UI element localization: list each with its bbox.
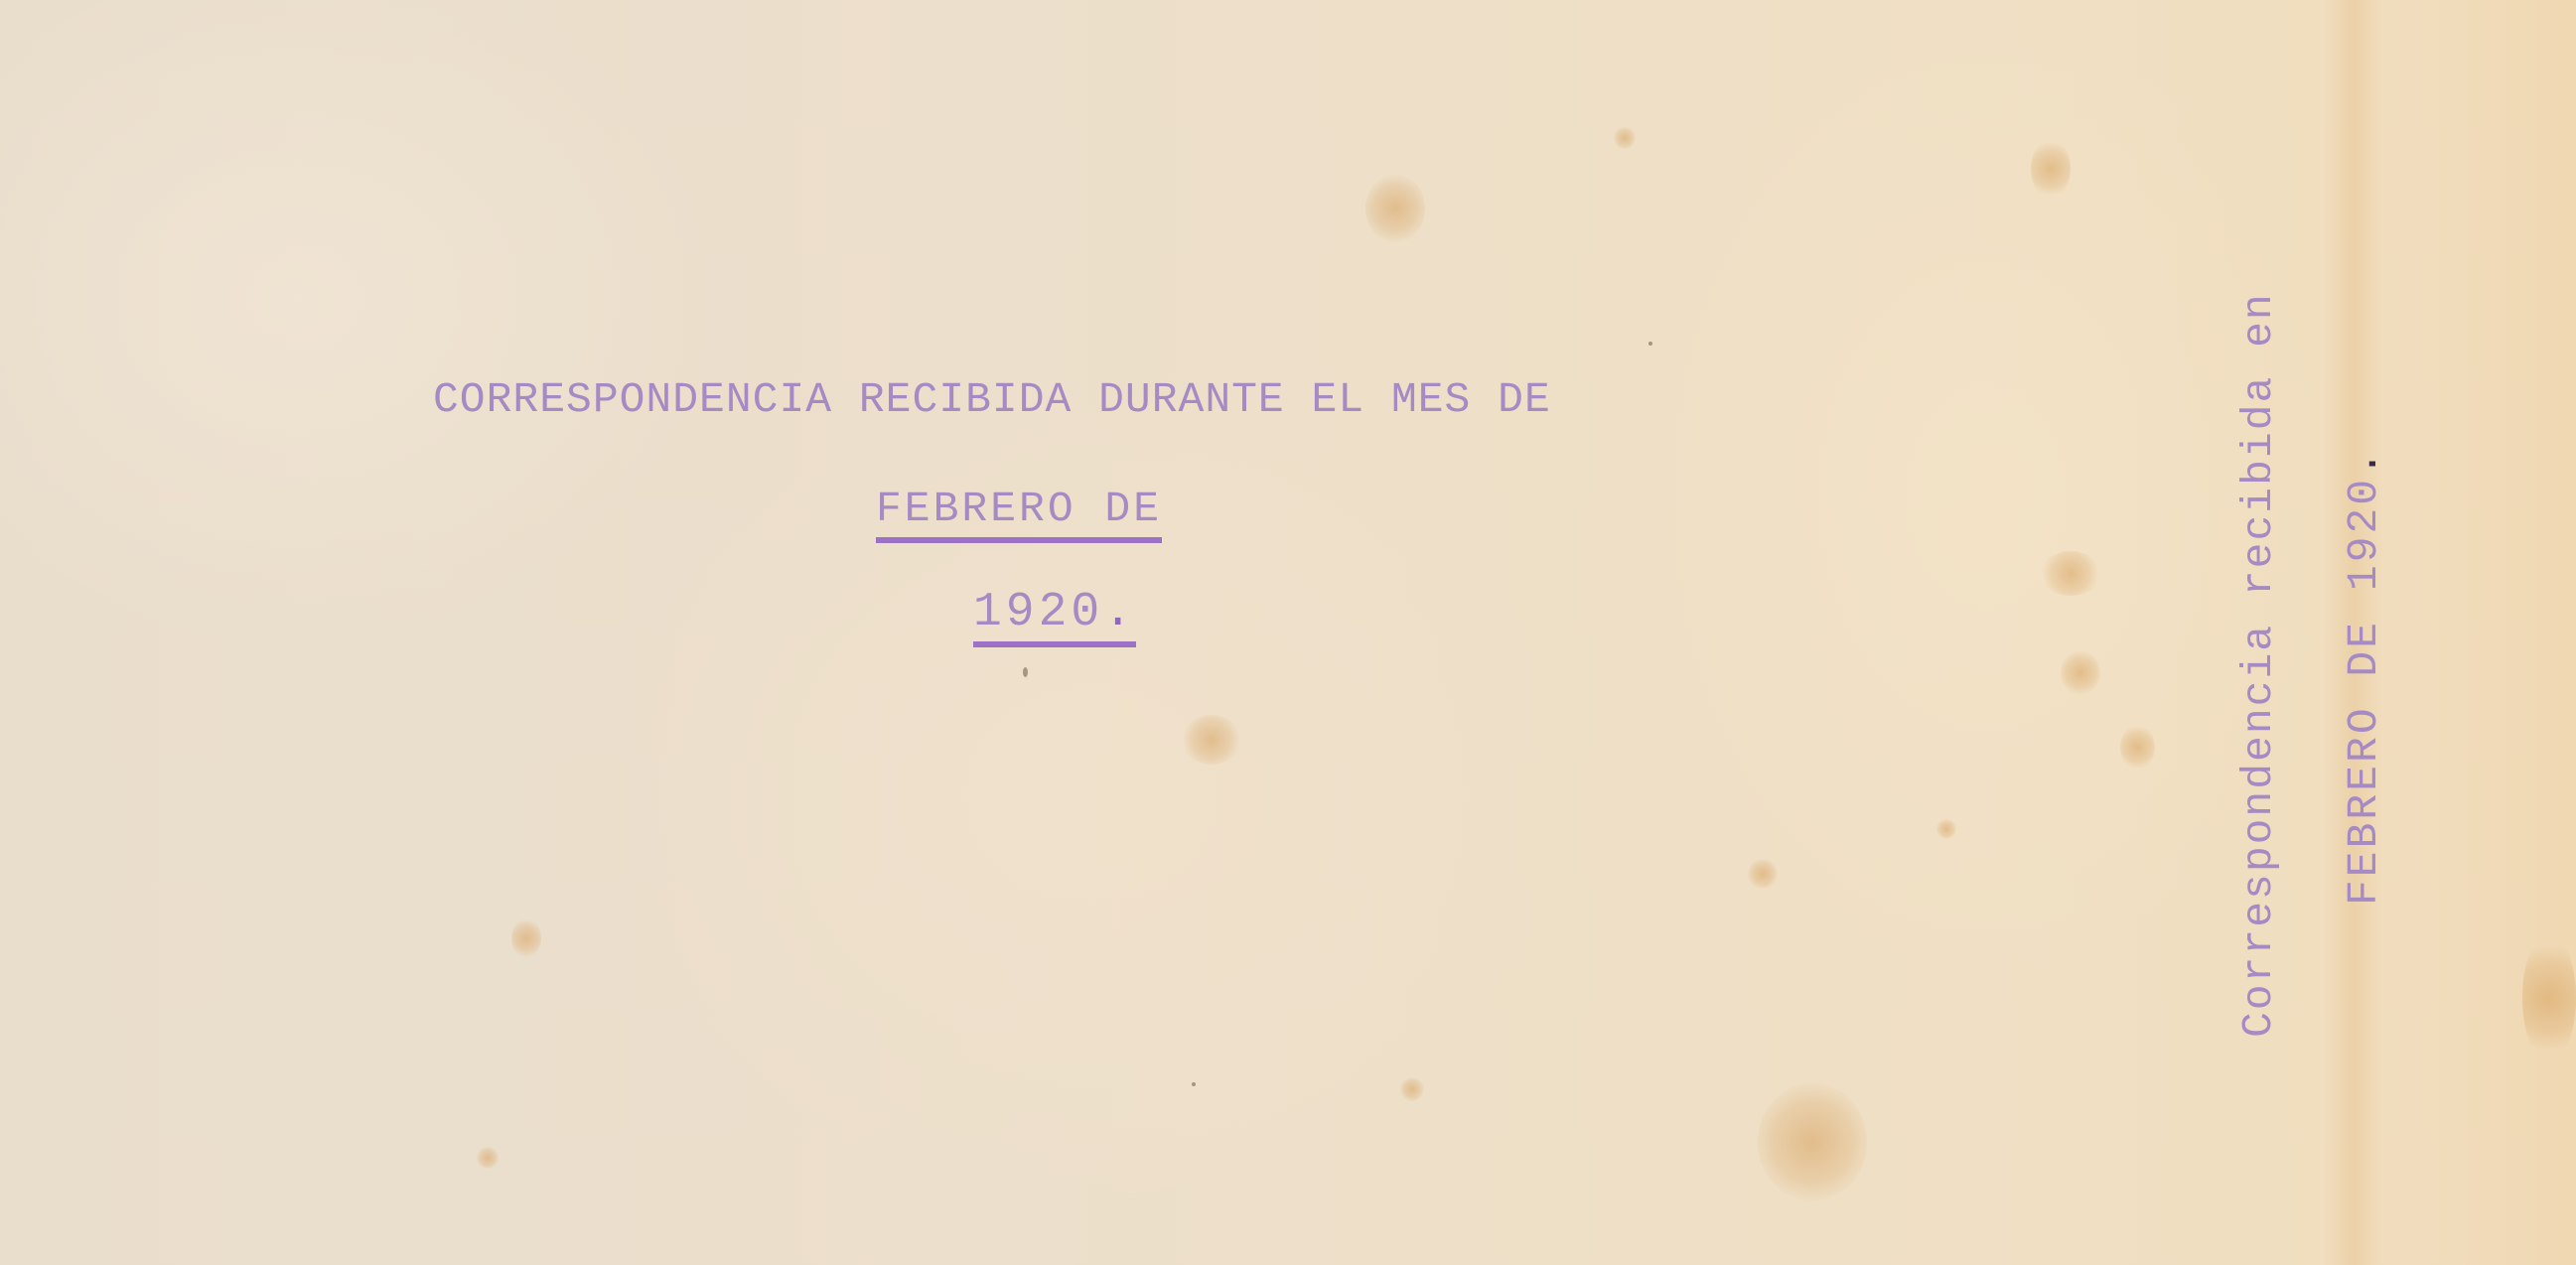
spine-label-date: FEBRERO DE 1920	[2340, 477, 2388, 906]
spine-label-line-2: FEBRERO DE 1920.	[2340, 448, 2388, 906]
foxing-stain	[511, 918, 541, 958]
heading-year-text: 1920	[973, 586, 1103, 639]
heading-month: FEBRERO DE	[876, 485, 1162, 543]
heading-year-period: .	[1103, 586, 1136, 639]
heading-year: 1920.	[973, 586, 1136, 647]
foxing-stain	[2031, 139, 2071, 199]
heading-line-1: CORRESPONDENCIA RECIBIDA DURANTE EL MES …	[433, 375, 1551, 424]
spine-label-period: .	[2340, 448, 2388, 477]
foxing-stain	[477, 1147, 499, 1169]
foxing-stain	[1936, 819, 1956, 839]
ink-speck	[1648, 342, 1652, 346]
ink-speck	[1192, 1082, 1196, 1086]
foxing-stain	[1758, 1082, 1867, 1201]
foxing-stain	[2041, 551, 2100, 596]
foxing-stain	[1365, 174, 1425, 243]
foxing-stain	[2061, 650, 2100, 695]
ink-speck	[1023, 667, 1028, 677]
spine-label-line-1: Correspondencia recibida en	[2234, 292, 2283, 1038]
foxing-stain	[2120, 725, 2155, 770]
foxing-stain	[1182, 715, 1241, 765]
foxing-stain	[1748, 859, 1778, 889]
foxing-stain	[1614, 127, 1636, 149]
aged-paper-background	[0, 0, 2576, 1265]
foxing-stain	[2522, 933, 2576, 1062]
paper-edge-discoloration	[2403, 0, 2576, 1265]
foxing-stain	[1400, 1077, 1424, 1101]
